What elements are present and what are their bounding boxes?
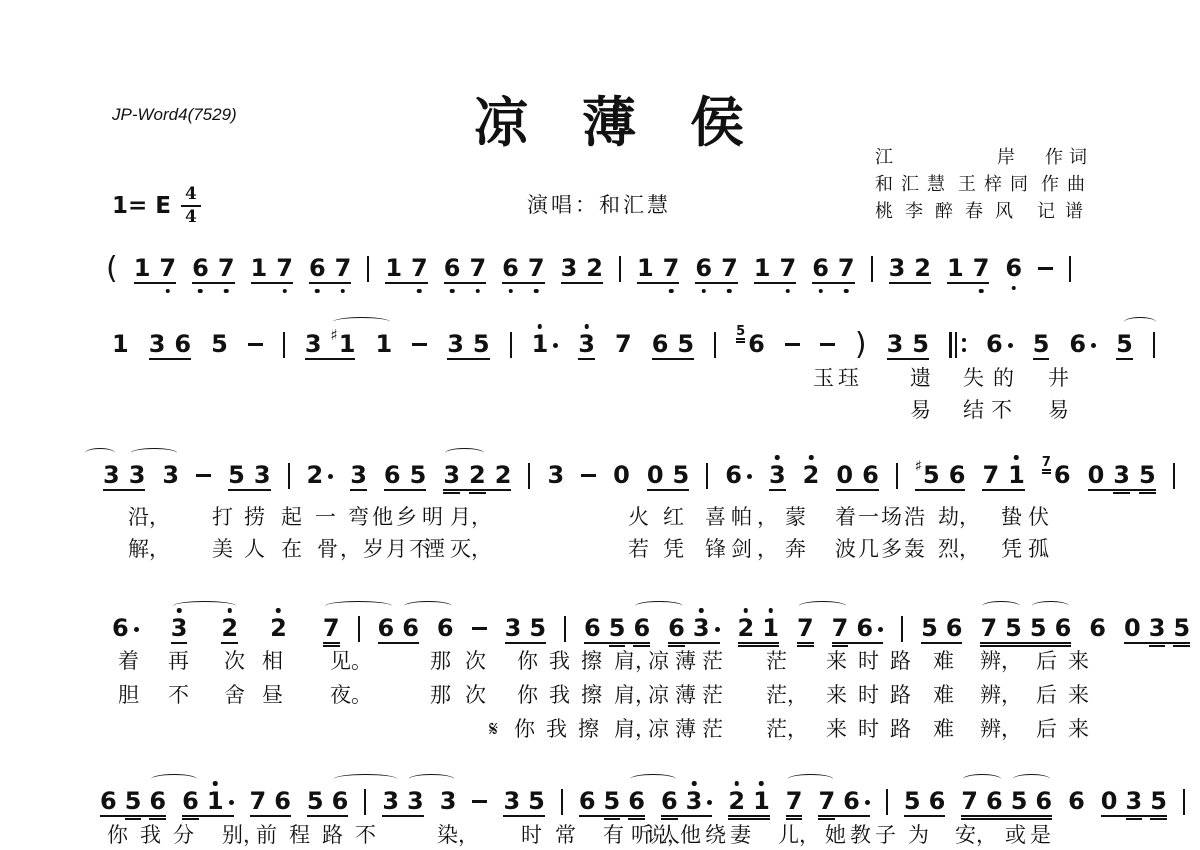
note: 6 — [174, 332, 191, 356]
note-digit: 5 — [1116, 332, 1133, 356]
duration-dash — [581, 474, 596, 477]
note: 2 — [914, 256, 931, 280]
lyric-segment: 难 — [933, 717, 954, 741]
augmentation-dot — [229, 800, 234, 805]
barline — [896, 463, 898, 489]
barline — [561, 789, 563, 815]
note-digit: 3 — [1149, 616, 1166, 640]
lyric-segment: 红 — [663, 505, 684, 529]
lyric-segment: 你我分 — [107, 823, 206, 847]
note: 7 — [973, 256, 990, 280]
time-signature: 4 4 — [181, 186, 201, 226]
lyric-segment: 儿， — [778, 823, 820, 847]
beam-line — [786, 818, 803, 820]
note-digit: 3 — [887, 332, 904, 356]
beam-group: 656 — [100, 789, 166, 813]
note: 3 — [505, 616, 522, 640]
beam-line — [637, 282, 679, 284]
slur-tie-arc — [1124, 317, 1156, 327]
beam-group: 32 — [889, 256, 931, 280]
barline — [564, 616, 566, 642]
note: 3 — [547, 463, 564, 487]
augmentation-dot — [328, 474, 333, 479]
beam-group: 67 — [444, 256, 486, 280]
note: ♯1 — [331, 332, 356, 356]
note-digit: 1 — [753, 789, 770, 813]
note: 2 — [738, 616, 755, 640]
beam-group: 66 — [378, 616, 419, 640]
note-digit: 2 — [307, 463, 324, 487]
note: 6 — [274, 789, 291, 813]
beam-line — [578, 358, 595, 360]
note-digit: 1 — [637, 256, 654, 280]
octave-dot-above — [768, 608, 773, 613]
note: 3 — [578, 332, 595, 356]
note: 2 — [803, 463, 820, 487]
duration-dash — [820, 343, 835, 346]
beam-line — [171, 642, 188, 644]
beam-group: 17 — [754, 256, 796, 280]
duration-dash — [472, 800, 487, 803]
note: 6 — [946, 616, 963, 640]
beam-group: 17 — [134, 256, 176, 280]
octave-dot-below — [534, 289, 539, 294]
grace-beam-line — [736, 341, 745, 343]
beam-line — [832, 645, 849, 647]
octave-dot-below — [417, 289, 422, 294]
beam-group: 17 — [251, 256, 293, 280]
lyric-segment: 难 — [933, 649, 954, 673]
beam-line — [947, 282, 989, 284]
note-digit: 7 — [218, 256, 235, 280]
music-line-1: (17671767176767321767176732176 — [106, 256, 1071, 280]
barline — [288, 463, 290, 489]
note-digit: 5 — [1150, 789, 1167, 813]
note: 6 — [695, 256, 712, 280]
note: 6 — [843, 789, 870, 813]
slur-tie-arc — [325, 601, 392, 611]
note-digit: 6 — [579, 789, 596, 813]
lyric-segment: 来时路 — [826, 649, 922, 673]
beam-line — [812, 282, 854, 284]
note: 5 — [529, 616, 546, 640]
augmentation-dot — [707, 800, 712, 805]
note-digit: 7 — [250, 789, 267, 813]
note-digit: 7 — [797, 616, 814, 640]
lyric-segment: 灭， — [450, 537, 492, 561]
note: 2 — [586, 256, 603, 280]
note: 3 — [350, 463, 367, 487]
note-digit: 6 — [929, 789, 946, 813]
note: 5 — [1173, 616, 1190, 640]
lyric-segment: 在 — [281, 537, 302, 561]
beam-line — [647, 489, 689, 491]
note: 6 — [862, 463, 879, 487]
beam-line — [738, 645, 779, 647]
note-digit: 3 — [686, 789, 703, 813]
note-digit: 7 — [786, 789, 803, 813]
lyric-segment: 辨， — [980, 683, 1022, 707]
note-digit: 3 — [171, 616, 188, 640]
transcriber-name: 桃李醉春风 — [875, 197, 1025, 224]
slur-tie-arc — [131, 448, 177, 458]
note: 3 — [769, 463, 786, 487]
beam-group: 56 — [307, 789, 348, 813]
note-digit: 3 — [1113, 463, 1130, 487]
beam-line — [797, 645, 814, 647]
sheet-music-page: JP-Word4(7529) 凉薄侯 演唱：和汇慧 江 岸 作词 和汇慧 王梓同… — [0, 0, 1200, 850]
composer-name-2: 王梓同 — [958, 170, 1036, 197]
beam-line — [604, 818, 621, 820]
beam-line — [503, 815, 544, 817]
barline — [1153, 332, 1155, 358]
note-digit: 6 — [437, 616, 454, 640]
note-digit: 5 — [921, 616, 938, 640]
note-digit: 6 — [633, 616, 650, 640]
repeat-bar-thin — [955, 332, 957, 358]
note-digit: 7 — [411, 256, 428, 280]
octave-dot-below — [508, 289, 513, 294]
note: 6 — [309, 256, 326, 280]
beam-line — [980, 642, 1071, 644]
note-digit: 5 — [1139, 463, 1156, 487]
note: 6 — [1035, 789, 1052, 813]
note: 7 — [786, 789, 803, 813]
note-digit: 6 — [661, 789, 678, 813]
note-digit: 7 — [982, 463, 999, 487]
note: 6 — [100, 789, 117, 813]
note-digit: 3 — [889, 256, 906, 280]
beam-line — [561, 282, 603, 284]
beam-line — [1101, 815, 1167, 817]
note: 3 — [686, 789, 713, 813]
note: 6 — [444, 256, 461, 280]
note: 6 — [652, 332, 669, 356]
beam-group: 33 — [382, 789, 423, 813]
note: 3 — [129, 463, 146, 487]
note: 7 — [335, 256, 352, 280]
note: 5 — [125, 789, 142, 813]
note-digit: 6 — [402, 616, 419, 640]
lyric-segment: 难 — [933, 683, 954, 707]
key-signature: 1= E 4 4 — [112, 186, 201, 226]
note: 7 — [615, 332, 632, 356]
note: 5 — [1030, 616, 1047, 640]
note-digit: 6 — [628, 789, 645, 813]
note: 7 — [276, 256, 293, 280]
note: 6 — [378, 616, 395, 640]
note-digit: 7 — [980, 616, 997, 640]
note: 3 — [1149, 616, 1166, 640]
note-digit: 1 — [532, 332, 549, 356]
beam-line — [443, 492, 460, 494]
note: 0 — [613, 463, 630, 487]
note: 5 — [473, 332, 490, 356]
octave-dot-above — [276, 608, 281, 613]
note: 0 — [1101, 789, 1118, 813]
note: 0 — [1124, 616, 1141, 640]
beam-group: 3♯1 — [305, 332, 356, 356]
barline — [1173, 463, 1175, 489]
note: 7 — [721, 256, 738, 280]
beam-line — [149, 358, 191, 360]
lyric-segment: 后来 — [1036, 683, 1100, 707]
note: 1 — [207, 789, 234, 813]
repeat-dot — [962, 348, 966, 352]
note-digit: 2 — [803, 463, 820, 487]
beam-line — [904, 815, 945, 817]
note: 6 — [661, 789, 678, 813]
beam-line — [668, 642, 719, 644]
note-digit: 3 — [162, 463, 179, 487]
octave-dot-above — [584, 324, 589, 329]
note: 5 — [211, 332, 228, 356]
beam-line — [447, 358, 489, 360]
note: 6 — [1068, 789, 1085, 813]
beam-line — [385, 282, 427, 284]
beam-group: 322 — [443, 463, 511, 487]
lyric-segment: 结不 — [963, 398, 1019, 422]
beam-group: ♯56 — [915, 463, 966, 487]
beam-line — [384, 489, 426, 491]
note: 3 — [693, 616, 720, 640]
note-digit: 3 — [1126, 789, 1143, 813]
note: 1 — [753, 789, 770, 813]
note: 76 — [1042, 463, 1071, 487]
barline — [283, 332, 285, 358]
beam-line — [818, 815, 869, 817]
credits-block: 江 岸 作词 和汇慧 王梓同 作曲 桃李醉春风 记谱 — [875, 143, 1093, 224]
note-digit: 5 — [904, 789, 921, 813]
note-digit: 0 — [836, 463, 853, 487]
note: 5 — [307, 789, 324, 813]
note-digit: 0 — [647, 463, 664, 487]
note: 3 — [1113, 463, 1130, 487]
note: 5 — [921, 616, 938, 640]
lyric-segment: 湮 — [424, 537, 445, 561]
note: 6 — [112, 616, 139, 640]
note: 3 — [103, 463, 120, 487]
note-digit: 1 — [375, 332, 392, 356]
note-digit: 5 — [125, 789, 142, 813]
beam-line — [323, 645, 340, 647]
note: 3 — [887, 332, 904, 356]
barline — [358, 616, 360, 642]
composer-role: 作曲 — [1041, 170, 1093, 197]
repeat-start-sign — [949, 332, 966, 358]
beam-group: 67 — [192, 256, 234, 280]
octave-dot-below — [701, 289, 706, 294]
repeat-dots — [962, 338, 966, 352]
lyric-segment: 打捞 — [212, 505, 276, 529]
note: 5 — [528, 789, 545, 813]
octave-dot-below — [341, 289, 346, 294]
parenthesis: ) — [855, 332, 867, 358]
beam-line — [251, 282, 293, 284]
octave-dot-below — [315, 289, 320, 294]
slur-tie-arc — [334, 774, 397, 784]
octave-dot-below — [450, 289, 455, 294]
lyric-segment: 昼 — [262, 683, 283, 707]
note-digit: 6 — [1005, 256, 1022, 280]
lyric-segment: 茫， — [766, 717, 808, 741]
beam-line — [305, 358, 356, 360]
lyric-segment: 烈， — [938, 537, 980, 561]
note: 6 — [812, 256, 829, 280]
beam-group: 65 — [384, 463, 426, 487]
note: 6 — [182, 789, 199, 813]
watermark-label: JP-Word4(7529) — [112, 105, 237, 125]
slur-tie-arc — [173, 601, 236, 611]
octave-dot-below — [166, 289, 171, 294]
beam-line — [921, 642, 962, 644]
beam-line — [652, 358, 694, 360]
augmentation-dot — [1091, 343, 1096, 348]
note-digit: 3 — [693, 616, 710, 640]
note: 5 — [609, 616, 626, 640]
beam-group: 65 — [652, 332, 694, 356]
octave-dot-below — [476, 289, 481, 294]
note-digit: 6 — [112, 616, 129, 640]
beam-group: 67 — [309, 256, 351, 280]
beam-line — [1149, 645, 1166, 647]
slur-tie-arc — [151, 774, 196, 784]
note: 5 — [673, 463, 690, 487]
note-digit: 6 — [946, 616, 963, 640]
slur-tie-arc — [630, 774, 675, 784]
note-digit: 6 — [502, 256, 519, 280]
note-digit: 7 — [961, 789, 978, 813]
beam-line — [1113, 492, 1130, 494]
lyric-segment: 明 — [422, 505, 443, 529]
beam-line — [1124, 642, 1190, 644]
lyric-segment: 后来 — [1036, 649, 1100, 673]
grace-note: 5 — [736, 325, 745, 338]
note-digit: 6 — [584, 616, 601, 640]
beam-line — [149, 818, 166, 820]
note-digit: 5 — [211, 332, 228, 356]
slur-tie-arc — [799, 601, 846, 611]
note-digit: 0 — [1088, 463, 1105, 487]
beam-line — [469, 492, 486, 494]
note: 3 — [889, 256, 906, 280]
beam-line — [350, 489, 367, 491]
note-digit: 7 — [663, 256, 680, 280]
beam-line — [100, 815, 166, 817]
note-digit: 2 — [738, 616, 755, 640]
augmentation-dot — [878, 627, 883, 632]
note-digit: 5 — [677, 332, 694, 356]
note-digit: 7 — [779, 256, 796, 280]
note-digit: 5 — [228, 463, 245, 487]
note-digit: 6 — [192, 256, 209, 280]
augmentation-dot — [1008, 343, 1013, 348]
beam-group: 71 — [982, 463, 1024, 487]
lyric-segment: 解， — [128, 537, 170, 561]
note: 2 — [221, 616, 238, 640]
note: 6 — [1069, 332, 1096, 356]
note-digit: 6 — [309, 256, 326, 280]
lyric-segment: 或是 — [1005, 823, 1055, 847]
note-digit: 6 — [149, 789, 166, 813]
note-digit: 6 — [748, 332, 765, 356]
beam-line — [980, 645, 1071, 647]
note-digit: 5 — [473, 332, 490, 356]
note-digit: 6 — [1069, 332, 1086, 356]
note: 5 — [604, 789, 621, 813]
beam-line — [797, 642, 814, 644]
note: 3 — [162, 463, 179, 487]
lyric-segment: 辨， — [980, 649, 1022, 673]
note-digit: 2 — [586, 256, 603, 280]
lyric-segment: 波几多轰 — [835, 537, 927, 561]
lyric-segment: 见。 — [330, 649, 372, 673]
octave-dot-above — [213, 781, 218, 786]
note-digit: 6 — [1068, 789, 1085, 813]
beam-group: 21 — [728, 789, 769, 813]
note-digit: 5 — [1030, 616, 1047, 640]
key-text: 1= E — [112, 195, 171, 218]
beam-line — [579, 815, 645, 817]
slur-tie-arc — [788, 774, 833, 784]
note: 7 — [797, 616, 814, 640]
lyric-segment: 你我擦 — [517, 683, 613, 707]
note-digit: 0 — [1101, 789, 1118, 813]
beam-line — [961, 815, 1052, 817]
lyric-segment: 遗 — [910, 366, 931, 390]
lyric-segment: 着一场浩 — [835, 505, 927, 529]
octave-dot-above — [775, 455, 780, 460]
note-digit: 5 — [604, 789, 621, 813]
note: 6 — [1089, 616, 1106, 640]
note: 7 — [323, 616, 340, 640]
lyric-segment: 易 — [1048, 398, 1069, 422]
slur-tie-arc — [963, 774, 1000, 784]
lyric-segment: 为 — [908, 823, 929, 847]
beam-line — [182, 815, 233, 817]
note: 5 — [677, 332, 694, 356]
beam-line — [786, 815, 803, 817]
octave-dot-above — [744, 608, 749, 613]
beam-line — [754, 282, 796, 284]
note: 1 — [754, 256, 771, 280]
note-digit: 7 — [818, 789, 835, 813]
note-digit: 5 — [673, 463, 690, 487]
note-digit: 1 — [385, 256, 402, 280]
note: 7 — [779, 256, 796, 280]
note: 6 — [949, 463, 966, 487]
note-digit: 3 — [129, 463, 146, 487]
beam-line — [309, 282, 351, 284]
note-digit: 3 — [769, 463, 786, 487]
octave-dot-above — [1014, 455, 1019, 460]
note: 0 — [647, 463, 664, 487]
octave-dot-below — [282, 289, 287, 294]
beam-group: 035 — [1101, 789, 1167, 813]
note-digit: 6 — [862, 463, 879, 487]
beam-line — [661, 818, 678, 820]
note: 1 — [112, 332, 129, 356]
lyric-segment: 染， — [437, 823, 479, 847]
duration-dash — [248, 343, 263, 346]
note-digit: 6 — [1089, 616, 1106, 640]
octave-dot-below — [979, 289, 984, 294]
lyric-segment: 你我擦 — [517, 649, 613, 673]
note: 3 — [305, 332, 322, 356]
note-digit: 3 — [305, 332, 322, 356]
note-digit: 6 — [843, 789, 860, 813]
note-digit: 6 — [652, 332, 669, 356]
